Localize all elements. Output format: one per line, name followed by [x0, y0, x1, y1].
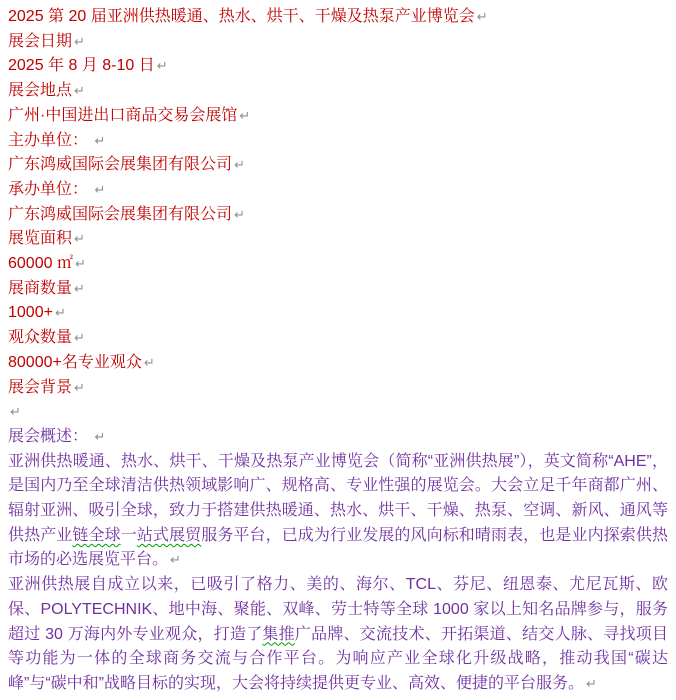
paragraph-mark-icon: ↵ [53, 305, 66, 320]
co-organizer-value-text: 广东鸿威国际会展集团有限公司 [8, 206, 232, 223]
background-label-text: 展会背景 [8, 379, 72, 396]
overview-label: 展会概述： ↵ [8, 425, 668, 450]
paragraph-mark-icon: ↵ [72, 83, 85, 98]
organizer-value-text: 广东鸿威国际会展集团有限公司 [8, 156, 232, 173]
paragraph-mark-icon: ↵ [92, 429, 105, 444]
paragraph-mark-icon: ↵ [155, 58, 168, 73]
paragraph-mark-icon: ↵ [237, 108, 250, 123]
exhibition-area-label-text: 展览面积 [8, 230, 72, 247]
background-label: 展会背景↵ [8, 376, 668, 401]
empty-line: ↵ [8, 400, 668, 425]
visitor-count-label: 观众数量↵ [8, 326, 668, 351]
organizer-label: 主办单位： ↵ [8, 129, 668, 154]
expo-title: 2025 第 20 届亚洲供热暖通、热水、烘干、干燥及热泵产业博览会↵ [8, 5, 668, 30]
spellcheck-flagged-text: 集推 [262, 626, 294, 643]
exhibition-area-value: 60000 ㎡↵ [8, 252, 668, 277]
spellcheck-flagged-text: 链全球 [72, 527, 120, 544]
overview-paragraph-2: 亚洲供热展自成立以来，已吸引了格力、美的、海尔、TCL、芬尼、纽恩泰、尤尼瓦斯、… [8, 573, 668, 697]
venue-label-text: 展会地点 [8, 82, 72, 99]
overview-paragraph-1: 亚洲供热暖通、热水、烘干、干燥及热泵产业博览会（简称“亚洲供热展”），英文简称“… [8, 450, 668, 574]
expo-title-text: 2025 第 20 届亚洲供热暖通、热水、烘干、干燥及热泵产业博览会 [8, 8, 475, 25]
document-page: 2025 第 20 届亚洲供热暖通、热水、烘干、干燥及热泵产业博览会↵ 展会日期… [0, 0, 676, 700]
paragraph-mark-icon: ↵ [92, 133, 105, 148]
paragraph-mark-icon: ↵ [72, 231, 85, 246]
visitor-count-label-text: 观众数量 [8, 329, 72, 346]
organizer-value: 广东鸿威国际会展集团有限公司↵ [8, 153, 668, 178]
co-organizer-label-text: 承办单位： [8, 181, 92, 198]
venue-label: 展会地点↵ [8, 79, 668, 104]
paragraph-mark-icon: ↵ [92, 182, 105, 197]
overview-label-text: 展会概述： [8, 428, 92, 445]
paragraph-mark-icon: ↵ [142, 355, 155, 370]
paragraph-mark-icon: ↵ [475, 9, 488, 24]
exhibitor-count-value-text: 1000+ [8, 304, 53, 321]
paragraph-mark-icon: ↵ [72, 380, 85, 395]
exhibition-area-value-text: 60000 ㎡ [8, 255, 73, 272]
venue-value-text: 广州·中国进出口商品交易会展馆 [8, 107, 237, 124]
expo-date-value-text: 2025 年 8 月 8-10 日 [8, 57, 155, 74]
visitor-count-value-text: 80000+名专业观众 [8, 354, 142, 371]
exhibitor-count-value: 1000+↵ [8, 301, 668, 326]
expo-date-value: 2025 年 8 月 8-10 日↵ [8, 54, 668, 79]
expo-date-label: 展会日期↵ [8, 30, 668, 55]
paragraph-mark-icon: ↵ [72, 281, 85, 296]
spellcheck-flagged-text: 站式展贸 [137, 527, 201, 544]
paragraph-mark-icon: ↵ [232, 207, 245, 222]
visitor-count-value: 80000+名专业观众↵ [8, 351, 668, 376]
exhibitor-count-label: 展商数量↵ [8, 277, 668, 302]
organizer-label-text: 主办单位： [8, 132, 92, 149]
overview-p1-text: 一 [121, 527, 137, 544]
exhibitor-count-label-text: 展商数量 [8, 280, 72, 297]
paragraph-mark-icon: ↵ [232, 157, 245, 172]
paragraph-mark-icon: ↵ [168, 552, 181, 567]
paragraph-mark-icon: ↵ [584, 676, 597, 691]
co-organizer-value: 广东鸿威国际会展集团有限公司↵ [8, 203, 668, 228]
venue-value: 广州·中国进出口商品交易会展馆↵ [8, 104, 668, 129]
paragraph-mark-icon: ↵ [72, 34, 85, 49]
co-organizer-label: 承办单位： ↵ [8, 178, 668, 203]
paragraph-mark-icon: ↵ [8, 404, 21, 419]
paragraph-mark-icon: ↵ [72, 330, 85, 345]
expo-date-label-text: 展会日期 [8, 33, 72, 50]
paragraph-mark-icon: ↵ [73, 256, 86, 271]
exhibition-area-label: 展览面积↵ [8, 227, 668, 252]
